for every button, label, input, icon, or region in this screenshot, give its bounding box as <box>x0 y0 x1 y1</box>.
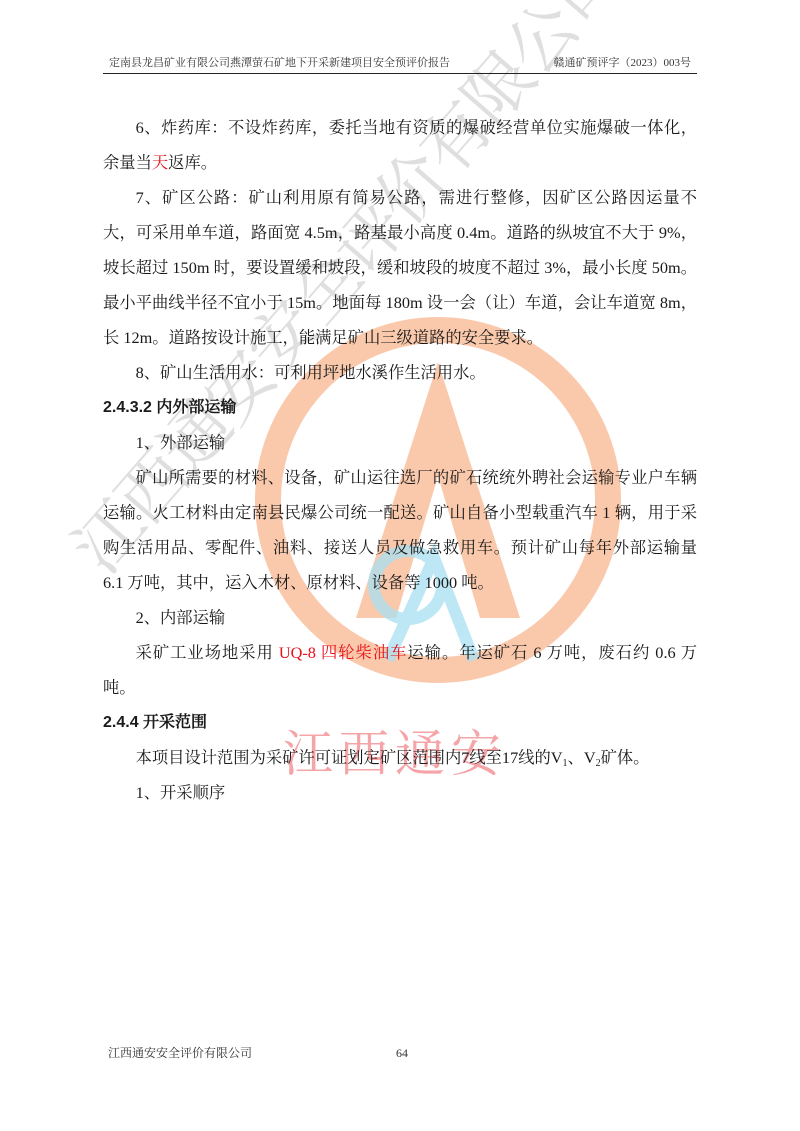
text-run: 7、矿区公路：矿山利用原有简易公路，需进行整修，因矿区公路因运量不大，可采用单车… <box>103 188 697 347</box>
paragraph: 矿山所需要的材料、设备，矿山运往选厂的矿石统统外聘社会运输专业户车辆运输。火工材… <box>103 460 697 600</box>
section-heading: 2.4.4 开采范围 <box>103 705 697 740</box>
text-run: 返库。 <box>168 153 217 172</box>
paragraph: 2、内部运输 <box>103 600 697 635</box>
paragraph: 采矿工业场地采用 UQ-8 四轮柴油车运输。年运矿石 6 万吨，废石约 0.6 … <box>103 635 697 705</box>
document-body: 6、炸药库：不设炸药库，委托当地有资质的爆破经营单位实施爆破一体化，余量当天返库… <box>103 110 697 810</box>
page-header: 定南县龙昌矿业有限公司燕潭萤石矿地下开采新建项目安全预评价报告 赣通矿预评字（2… <box>103 56 697 71</box>
text-run: 矿体。 <box>601 748 650 767</box>
highlighted-text: UQ-8 四轮柴油车 <box>279 643 408 662</box>
text-run: 矿山所需要的材料、设备，矿山运往选厂的矿石统统外聘社会运输专业户车辆运输。火工材… <box>103 468 697 592</box>
text-run: 采矿工业场地采用 <box>136 643 279 662</box>
paragraph: 本项目设计范围为采矿许可证划定矿区范围内7线至17线的V1、V2矿体。 <box>103 740 697 775</box>
document-number: 赣通矿预评字（2023）003号 <box>554 56 692 71</box>
report-title: 定南县龙昌矿业有限公司燕潭萤石矿地下开采新建项目安全预评价报告 <box>109 56 450 71</box>
paragraph: 8、矿山生活用水：可利用坪地水溪作生活用水。 <box>103 355 697 390</box>
text-run: 1、开采顺序 <box>136 783 226 802</box>
section-heading: 2.4.3.2 内外部运输 <box>103 390 697 425</box>
text-run: 2、内部运输 <box>136 608 226 627</box>
text-run: 8、矿山生活用水：可利用坪地水溪作生活用水。 <box>136 363 486 382</box>
page-number: 64 <box>396 1045 408 1061</box>
page-footer: 江西通安安全评价有限公司 64 <box>103 1045 697 1061</box>
text-run: 、V <box>568 748 596 767</box>
footer-company: 江西通安安全评价有限公司 <box>108 1045 252 1061</box>
text-run: 本项目设计范围为采矿许可证划定矿区范围内7线至17线的V <box>136 748 563 767</box>
document-page: 江西通安安全评价有限公司 江西通安 定南县龙昌矿业有限公司燕潭萤石矿地下开采新建… <box>0 0 800 1131</box>
paragraph: 6、炸药库：不设炸药库，委托当地有资质的爆破经营单位实施爆破一体化，余量当天返库… <box>103 110 697 180</box>
paragraph: 7、矿区公路：矿山利用原有简易公路，需进行整修，因矿区公路因运量不大，可采用单车… <box>103 180 697 355</box>
paragraph: 1、开采顺序 <box>103 775 697 810</box>
highlighted-text: 天 <box>152 153 168 172</box>
text-run: 1、外部运输 <box>136 433 226 452</box>
header-divider <box>103 73 697 74</box>
paragraph: 1、外部运输 <box>103 425 697 460</box>
